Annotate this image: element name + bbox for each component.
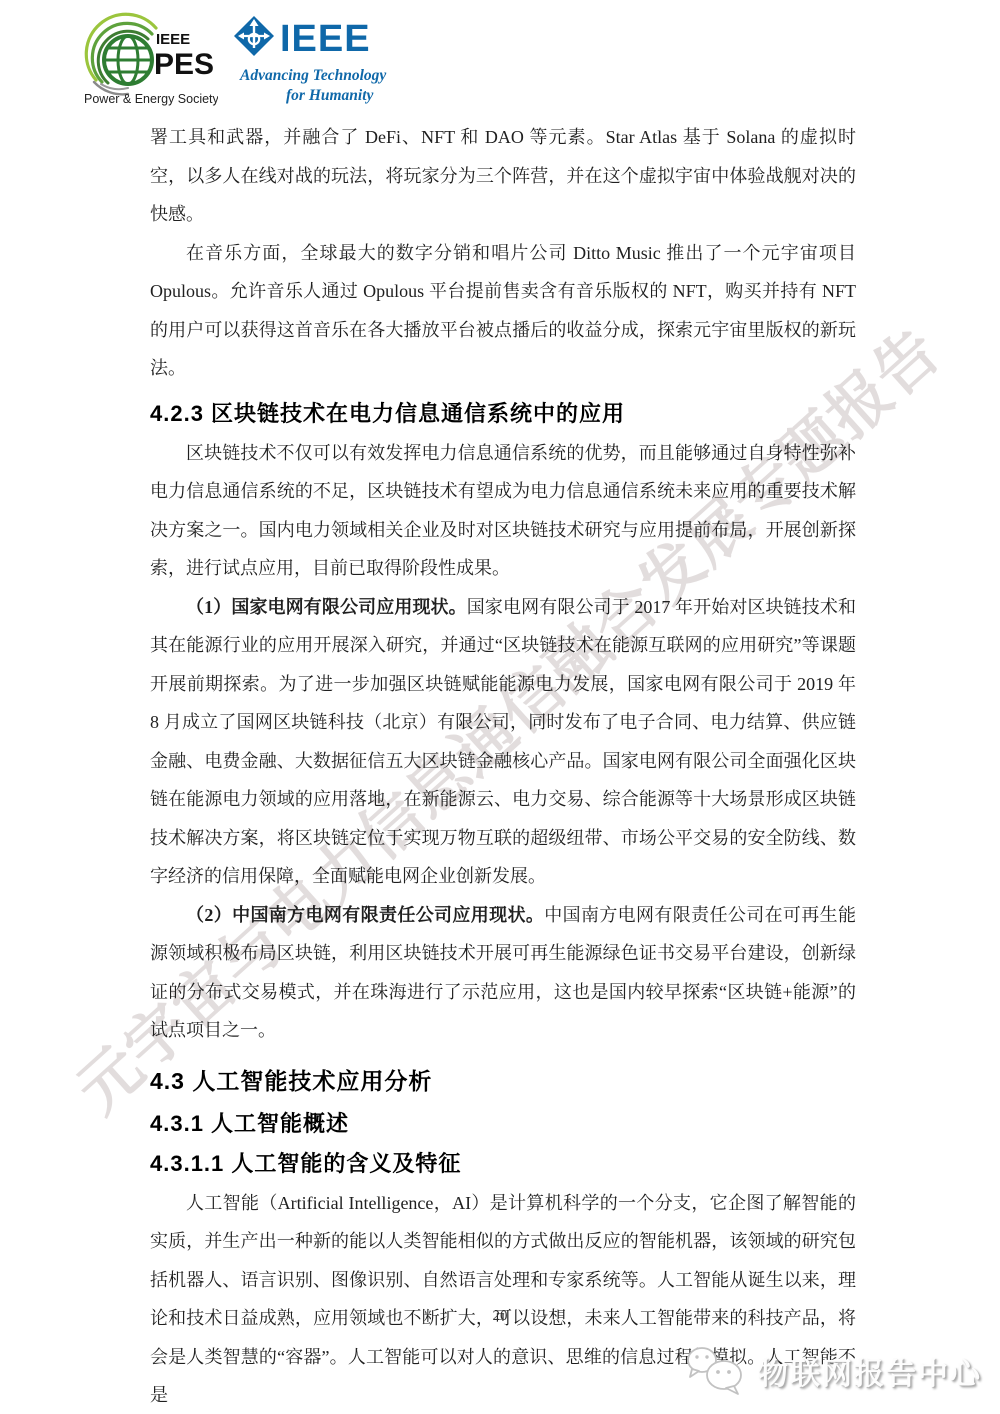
paragraph-csg-lead: （2）中国南方电网有限责任公司应用现状。 <box>186 905 544 925</box>
ieee-text: IEEE <box>280 18 371 60</box>
heading-4-2-3: 4.2.3 区块链技术在电力信息通信系统中的应用 <box>150 394 856 434</box>
pes-ieee-text: IEEE <box>156 31 190 48</box>
ieee-pes-logo: IEEE PES Power & Energy Society® <box>84 8 218 108</box>
paragraph-metaverse-games: 署工具和武器，并融合了 DeFi、NFT 和 DAO 等元素。Star Atla… <box>150 118 856 234</box>
pes-society-text: Power & Energy Society® <box>84 92 218 106</box>
ieee-tagline-line2: for Humanity <box>286 87 374 104</box>
heading-4-3-1-1: 4.3.1.1 人工智能的含义及特征 <box>150 1144 856 1184</box>
wechat-icon <box>684 1344 748 1398</box>
header-logos: IEEE PES Power & Energy Society® IEEE Ad… <box>84 8 390 110</box>
paragraph-music: 在音乐方面，全球最大的数字分销和唱片公司 Ditto Music 推出了一个元宇… <box>150 234 856 388</box>
pes-text: PES <box>154 48 214 81</box>
document-page: IEEE PES Power & Energy Society® IEEE Ad… <box>0 0 1000 1414</box>
page-number: 20 <box>0 1308 1000 1325</box>
document-body: 署工具和武器，并融合了 DeFi、NFT 和 DAO 等元素。Star Atla… <box>150 118 856 1414</box>
paragraph-sgcc: （1）国家电网有限公司应用现状。国家电网有限公司于 2017 年开始对区块链技术… <box>150 588 856 896</box>
heading-4-3: 4.3 人工智能技术应用分析 <box>150 1060 856 1102</box>
heading-4-3-1: 4.3.1 人工智能概述 <box>150 1104 856 1144</box>
pes-globe-icon <box>104 36 152 84</box>
ieee-diamond-icon <box>234 16 274 56</box>
paragraph-sgcc-lead: （1）国家电网有限公司应用现状。 <box>186 597 467 617</box>
brand-badge-label: 物联网报告中心 <box>758 1349 982 1393</box>
ieee-logo: IEEE Advancing Technology for Humanity <box>234 14 390 110</box>
paragraph-sgcc-body: 国家电网有限公司于 2017 年开始对区块链技术和其在能源行业的应用开展深入研究… <box>150 597 856 887</box>
ieee-tagline-line1: Advancing Technology <box>239 67 386 84</box>
paragraph-blockchain-overview: 区块链技术不仅可以有效发挥电力信息通信系统的优势，而且能够通过自身特性弥补电力信… <box>150 434 856 588</box>
brand-badge: 物联网报告中心 <box>684 1344 982 1398</box>
paragraph-csg: （2）中国南方电网有限责任公司应用现状。中国南方电网有限责任公司在可再生能源领域… <box>150 896 856 1050</box>
